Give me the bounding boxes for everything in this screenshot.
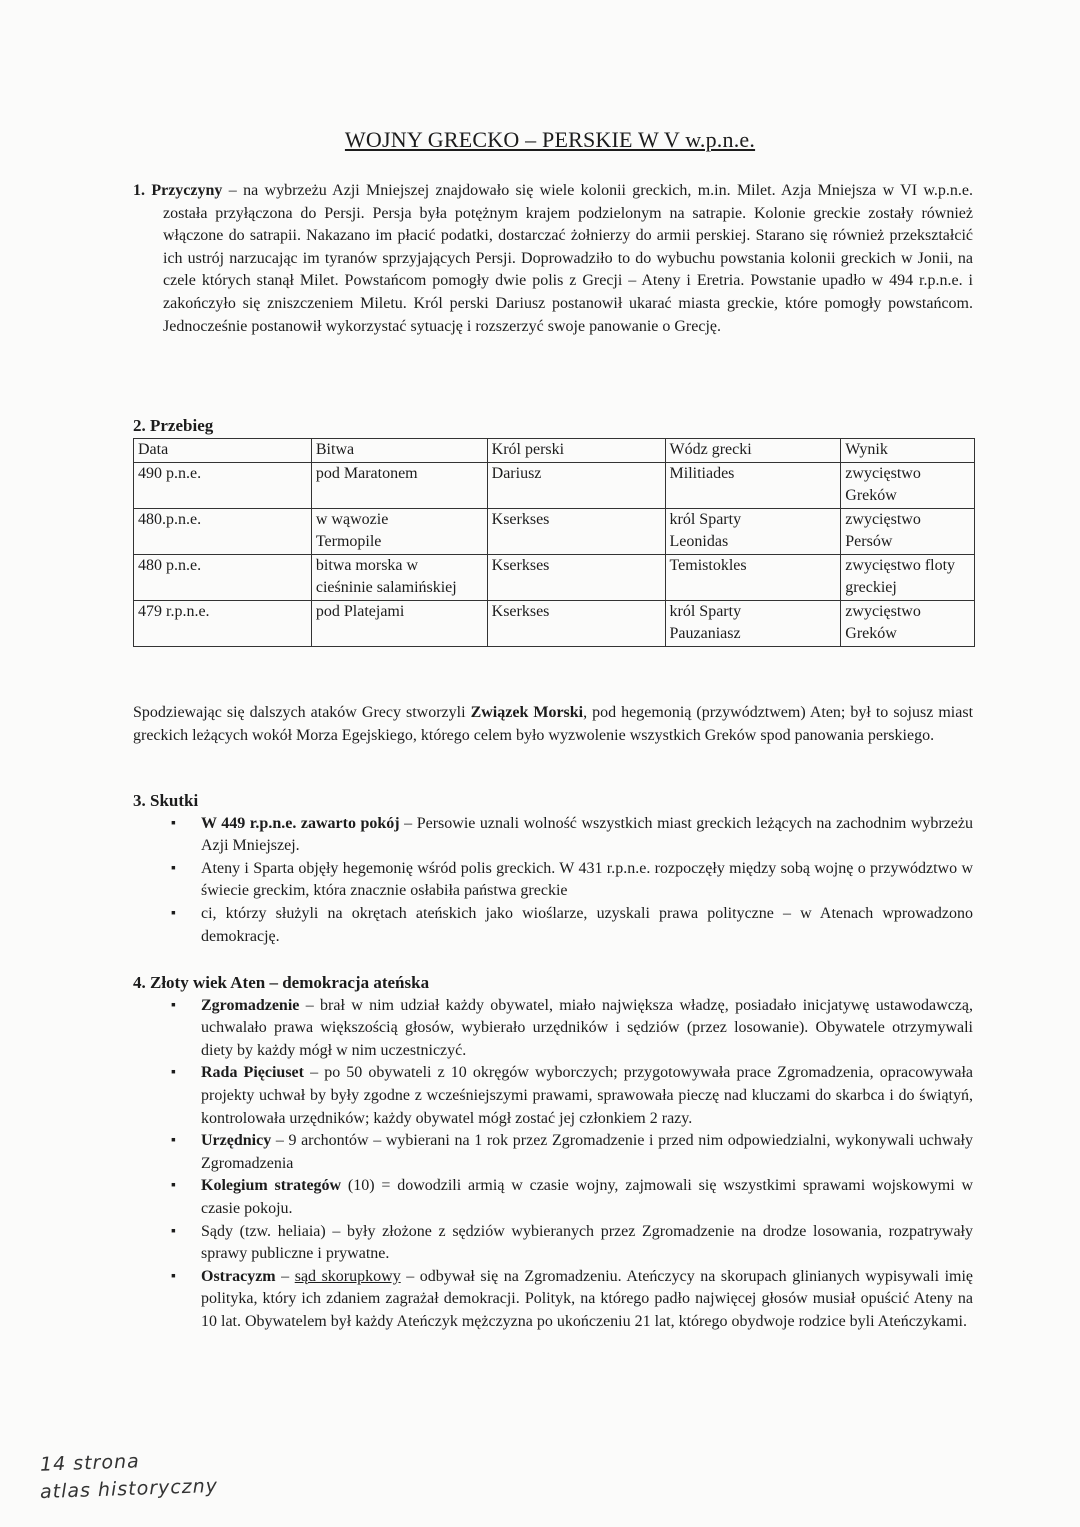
item-text: Sądy (tzw. heliaia) – były złożone z sęd… [201,1223,973,1263]
delian-league-paragraph: Spodziewając się dalszych ataków Grecy s… [133,702,973,747]
item-text: – brał w nim udział każdy obywatel, miał… [201,997,973,1059]
table-cell: pod Platejami [311,600,487,646]
list-item: Zgromadzenie – brał w nim udział każdy o… [133,995,973,1063]
table-cell: w wąwozie Termopile [311,508,487,554]
header-cell: Data [134,439,312,463]
item-term: W 449 r.p.n.e. zawarto pokój [201,815,400,832]
table-cell: zwycięstwo Greków [841,600,975,646]
paragraph-text: Spodziewając się dalszych ataków Grecy s… [133,704,471,721]
item-term: Urzędnicy [201,1132,271,1149]
table-cell: 480 p.n.e. [134,554,312,600]
table-cell: Militiades [665,462,841,508]
effects-heading: 3. Skutki [133,790,973,813]
item-text: Ateny i Sparta objęły hegemonię wśród po… [201,860,973,900]
causes-heading: 1. Przyczyny [133,182,222,199]
table-cell: 490 p.n.e. [134,462,312,508]
table-cell: Kserkses [487,508,665,554]
table-cell: 480.p.n.e. [134,508,312,554]
table-cell: zwycięstwo Greków [841,462,975,508]
list-item: ci, którzy służyli na okrętach ateńskich… [133,903,973,948]
header-cell: Król perski [487,439,665,463]
table-cell: zwycięstwo floty greckiej [841,554,975,600]
delian-league-term: Związek Morski [471,704,584,721]
table-row: 490 p.n.e. pod Maratonem Dariusz Militia… [134,462,975,508]
golden-age-heading: 4. Złoty wiek Aten – demokracja ateńska [133,972,973,995]
handwritten-note-line: atlas historyczny [40,1475,219,1503]
item-dash: – [276,1268,295,1285]
page-title: WOJNY GRECKO – PERSKIE W V w.p.n.e. [0,127,1080,153]
causes-paragraph: 1. Przyczyny – na wybrzeżu Azji Mniejsze… [133,180,973,338]
effects-list: W 449 r.p.n.e. zawarto pokój – Persowie … [133,813,973,949]
item-term: Kolegium strategów [201,1177,341,1194]
header-cell: Wódz grecki [665,439,841,463]
table-cell: Temistokles [665,554,841,600]
section-causes: 1. Przyczyny – na wybrzeżu Azji Mniejsze… [133,180,973,338]
table-cell: bitwa morska w cieśninie salamińskiej [311,554,487,600]
battles-table: Data Bitwa Król perski Wódz grecki Wynik… [133,438,975,647]
document-page: WOJNY GRECKO – PERSKIE W V w.p.n.e. 1. P… [0,0,1080,1527]
table-row: 479 r.p.n.e. pod Platejami Kserkses król… [134,600,975,646]
item-text: ci, którzy służyli na okrętach ateńskich… [201,905,973,945]
course-heading: 2. Przebieg [133,416,213,436]
list-item: Sądy (tzw. heliaia) – były złożone z sęd… [133,1221,973,1266]
item-term: Rada Pięciuset [201,1064,304,1081]
item-underlined-term: sąd skorupkowy [295,1268,401,1285]
section-effects: 3. Skutki W 449 r.p.n.e. zawarto pokój –… [133,790,973,948]
table-cell: pod Maratonem [311,462,487,508]
list-item: Ateny i Sparta objęły hegemonię wśród po… [133,858,973,903]
table-cell: król Sparty Leonidas [665,508,841,554]
item-term: Ostracyzm [201,1268,276,1285]
list-item: Rada Pięciuset – po 50 obywateli z 10 ok… [133,1062,973,1130]
table-row: 480 p.n.e. bitwa morska w cieśninie sala… [134,554,975,600]
causes-text: – na wybrzeżu Azji Mniejszej znajdowało … [163,182,973,335]
table-cell: zwycięstwo Persów [841,508,975,554]
table-cell: Dariusz [487,462,665,508]
institutions-list: Zgromadzenie – brał w nim udział każdy o… [133,995,973,1334]
item-term: Zgromadzenie [201,997,299,1014]
list-item: Kolegium strategów (10) = dowodzili armi… [133,1175,973,1220]
table-header-row: Data Bitwa Król perski Wódz grecki Wynik [134,439,975,463]
header-cell: Bitwa [311,439,487,463]
handwritten-note-line: 14 strona [40,1450,140,1475]
table-cell: 479 r.p.n.e. [134,600,312,646]
item-text: – po 50 obywateli z 10 okręgów wyborczyc… [201,1064,973,1126]
list-item: Ostracyzm – sąd skorupkowy – odbywał się… [133,1266,973,1334]
list-item: W 449 r.p.n.e. zawarto pokój – Persowie … [133,813,973,858]
item-text: – 9 archontów – wybierani na 1 rok przez… [201,1132,973,1172]
table-cell: król Sparty Pauzaniasz [665,600,841,646]
table-cell: Kserkses [487,600,665,646]
section-golden-age: 4. Złoty wiek Aten – demokracja ateńska … [133,972,973,1334]
table-row: 480.p.n.e. w wąwozie Termopile Kserkses … [134,508,975,554]
table-cell: Kserkses [487,554,665,600]
header-cell: Wynik [841,439,975,463]
list-item: Urzędnicy – 9 archontów – wybierani na 1… [133,1130,973,1175]
